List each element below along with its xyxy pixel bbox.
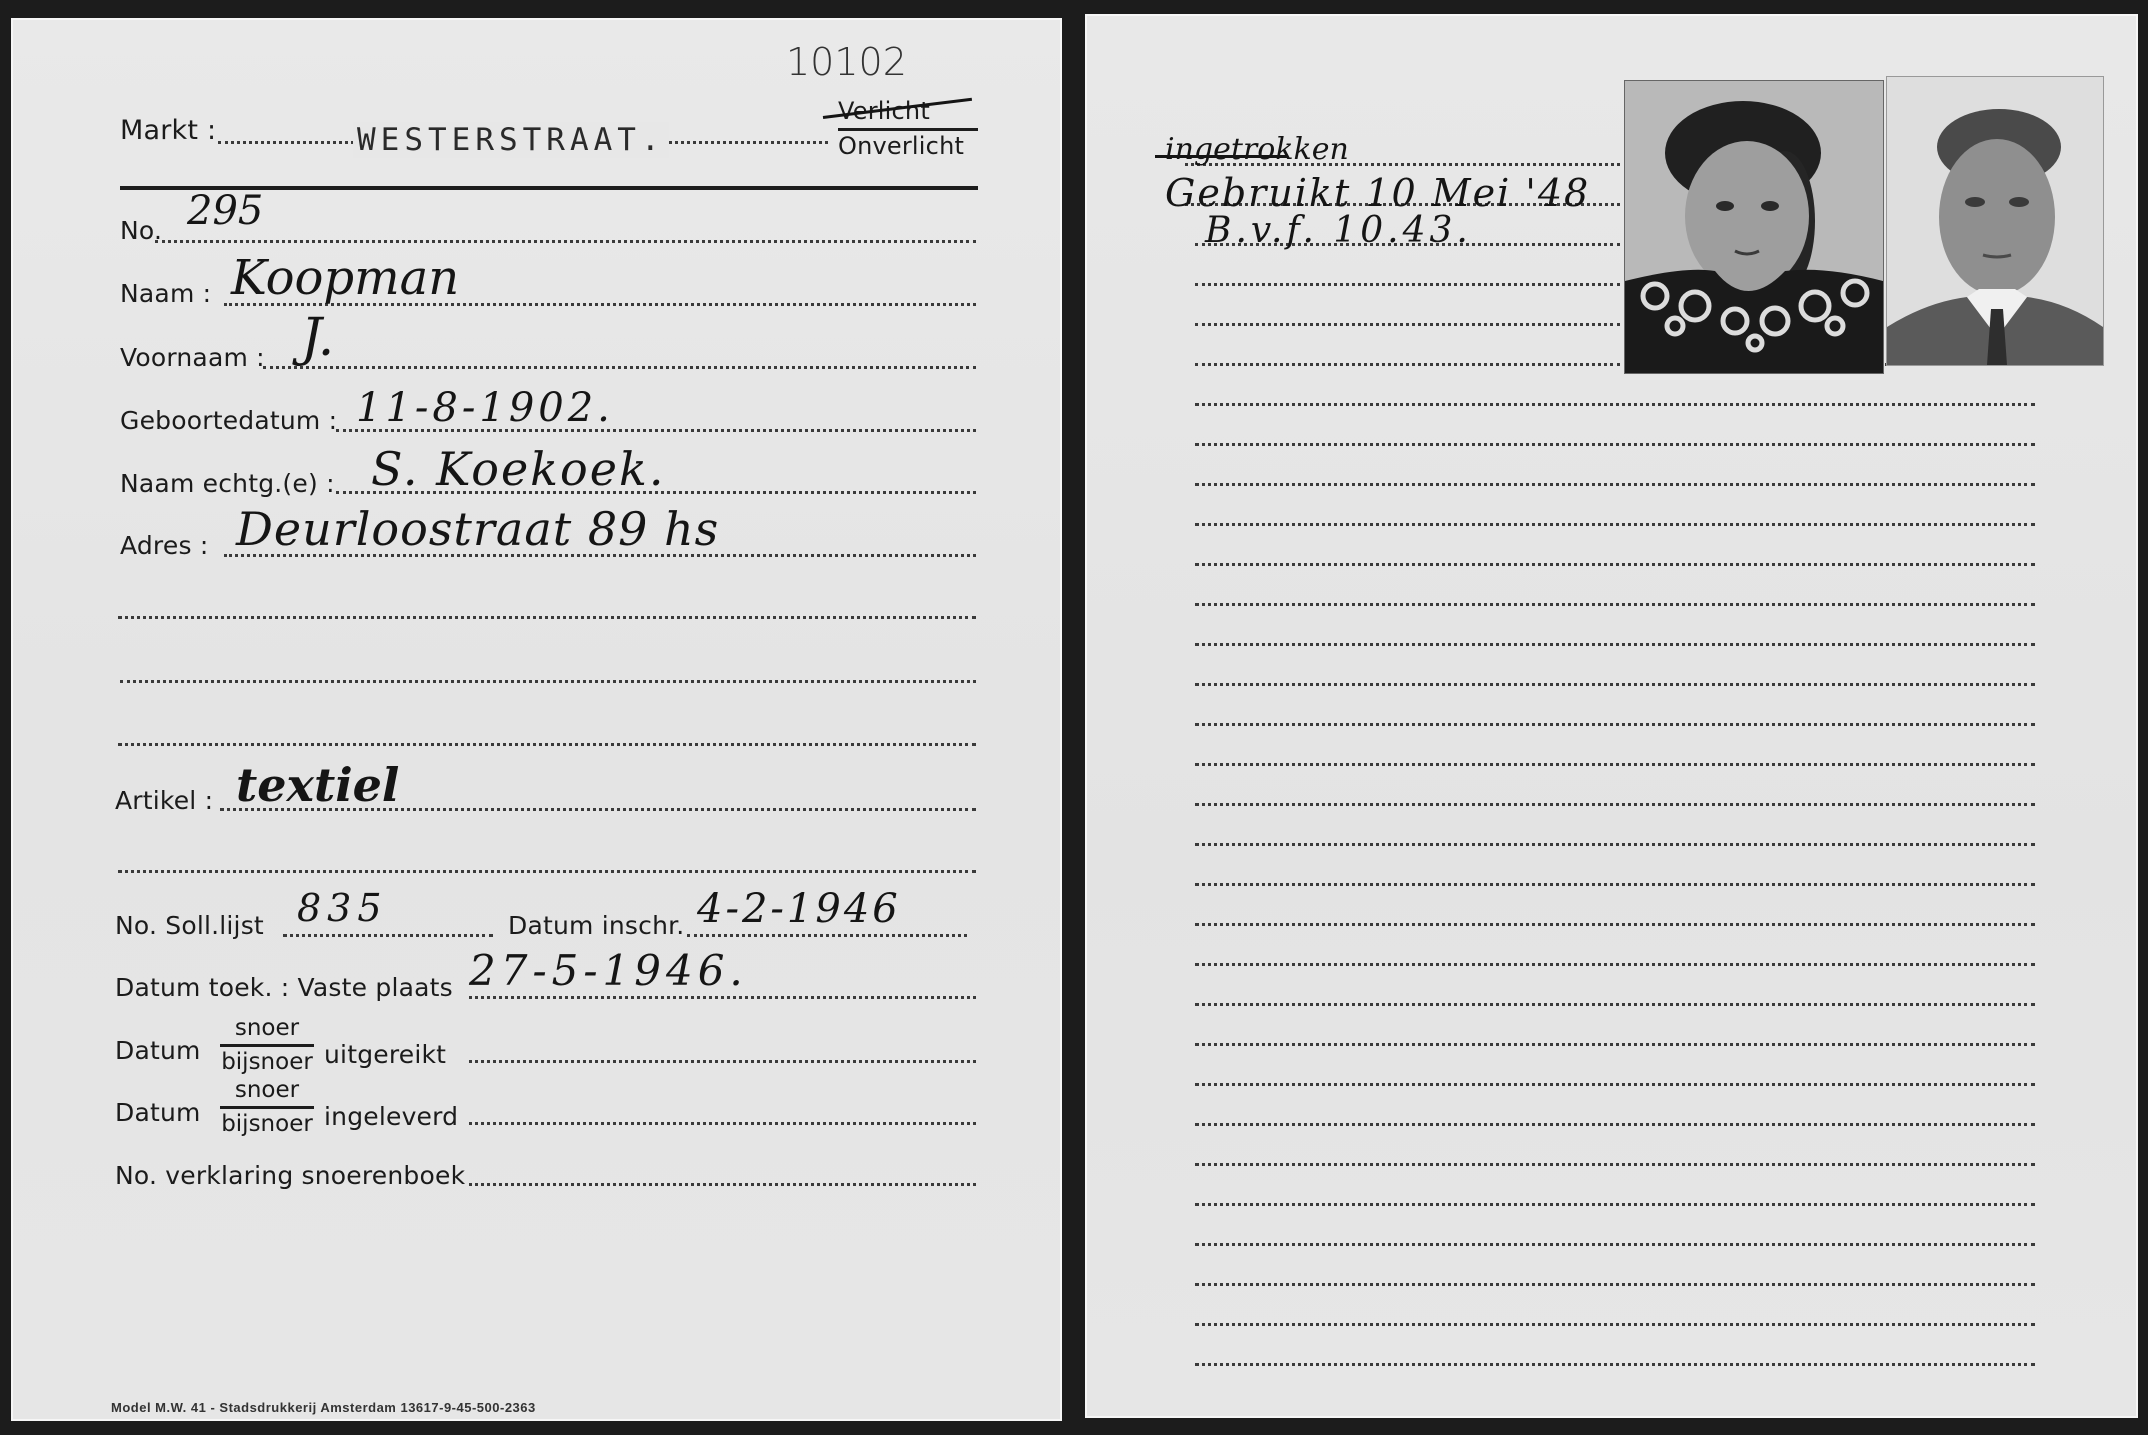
artikel-value[interactable]: textiel <box>236 758 399 812</box>
blank-line-3 <box>118 743 976 746</box>
ruled-line[interactable] <box>1195 403 2035 406</box>
ruled-line[interactable] <box>1195 1123 2035 1126</box>
blank-line-2 <box>120 680 976 683</box>
ruled-line[interactable] <box>1195 563 2035 566</box>
fraction-top: snoer <box>220 1016 314 1041</box>
fraction-bottom: bijsnoer <box>220 1050 314 1075</box>
soll-lijst-value[interactable]: 835 <box>297 886 388 930</box>
onverlicht-option: Onverlicht <box>838 132 964 160</box>
datum-uitgereikt-suffix: uitgereikt <box>324 1040 446 1069</box>
ruled-line[interactable] <box>1195 723 2035 726</box>
printer-footer: Model M.W. 41 - Stadsdrukkerij Amsterdam… <box>111 1400 536 1415</box>
ruled-line[interactable] <box>1195 443 2035 446</box>
soll-lijst-line <box>283 934 493 937</box>
blank-line-4 <box>118 870 976 873</box>
datum-uitgereikt-prefix: Datum <box>115 1036 201 1065</box>
datum-ingeleverd-suffix: ingeleverd <box>324 1102 458 1131</box>
datum-toek-line <box>469 996 976 999</box>
blank-line-1 <box>118 616 976 619</box>
voornaam-value[interactable]: J. <box>301 308 334 368</box>
soll-lijst-label: No. Soll.lijst <box>115 911 264 940</box>
fraction-bar <box>838 128 978 131</box>
ruled-line[interactable] <box>1195 963 2035 966</box>
ruled-line[interactable] <box>1195 1003 2035 1006</box>
ruled-line[interactable] <box>1195 803 2035 806</box>
ruled-line[interactable] <box>1195 283 1620 286</box>
registration-card-front: 10102 Markt : WESTERSTRAAT. Verlicht Onv… <box>11 18 1062 1421</box>
datum-uitgereikt-line[interactable] <box>469 1060 976 1063</box>
geboortedatum-label: Geboortedatum : <box>120 406 337 435</box>
naam-echtgenote-label: Naam echtg.(e) : <box>120 469 335 498</box>
fraction-bottom: bijsnoer <box>220 1112 314 1137</box>
adres-value[interactable]: Deurloostraat 89 hs <box>236 502 719 556</box>
man-portrait-photo <box>1886 76 2104 366</box>
naam-echtgenote-value[interactable]: S. Koekoek. <box>371 442 665 496</box>
woman-portrait-icon <box>1625 81 1883 373</box>
ruled-line[interactable] <box>1195 843 2035 846</box>
verklaring-label: No. verklaring snoerenboek <box>115 1161 465 1190</box>
note-struck: ingetrokken <box>1165 132 1349 167</box>
artikel-label: Artikel : <box>115 786 213 815</box>
ruled-line[interactable] <box>1195 363 1620 366</box>
ruled-line[interactable] <box>1195 763 2035 766</box>
voornaam-line <box>263 366 976 369</box>
verklaring-line[interactable] <box>469 1183 976 1186</box>
woman-portrait-photo <box>1624 80 1884 374</box>
datum-toek-value[interactable]: 27-5-1946. <box>469 946 748 995</box>
ruled-line[interactable] <box>1195 1083 2035 1086</box>
geboortedatum-value[interactable]: 11-8-1902. <box>356 385 614 431</box>
naam-value[interactable]: Koopman <box>231 250 459 306</box>
adres-label: Adres : <box>120 531 208 560</box>
ruled-line[interactable] <box>1195 1363 2035 1366</box>
voornaam-label: Voornaam : <box>120 343 265 372</box>
no-value[interactable]: 295 <box>187 188 263 234</box>
man-portrait-icon <box>1887 77 2103 365</box>
ruled-line[interactable] <box>1195 643 2035 646</box>
ruled-line[interactable] <box>1195 1323 2035 1326</box>
ruled-line[interactable] <box>1195 603 2035 606</box>
fraction-bar <box>220 1044 314 1047</box>
ruled-line[interactable] <box>1195 683 2035 686</box>
ruled-line[interactable] <box>1195 1203 2035 1206</box>
ruled-line[interactable] <box>1195 883 2035 886</box>
ruled-line[interactable] <box>1195 1163 2035 1166</box>
ruled-line[interactable] <box>1195 483 2035 486</box>
fraction-bar <box>220 1106 314 1109</box>
ruled-line[interactable] <box>1195 1283 2035 1286</box>
ruled-line[interactable] <box>1195 323 1620 326</box>
datum-ingeleverd-line[interactable] <box>469 1122 976 1125</box>
note-line-2: Gebruikt 10 Mei '48 <box>1165 171 1590 215</box>
datum-inschr-value[interactable]: 4-2-1946 <box>697 886 901 932</box>
ruled-line[interactable] <box>1195 1043 2035 1046</box>
datum-inschr-label: Datum inschr. <box>508 911 684 940</box>
snoer-bijsnoer-fraction: snoer bijsnoer <box>220 1078 314 1137</box>
ruled-line[interactable] <box>1195 923 2035 926</box>
markt-label: Markt : <box>120 115 216 146</box>
archive-number: 10102 <box>786 40 907 84</box>
datum-inschr-line <box>687 934 967 937</box>
ruled-line[interactable] <box>1195 1243 2035 1246</box>
note-line-3: B.v.f. 10.43. <box>1205 210 1472 251</box>
markt-value: WESTERSTRAAT. <box>353 122 669 158</box>
ruled-line[interactable] <box>1195 523 2035 526</box>
snoer-bijsnoer-fraction: snoer bijsnoer <box>220 1016 314 1075</box>
no-line <box>155 240 976 243</box>
registration-card-back: ingetrokken Gebruikt 10 Mei '48 B.v.f. 1… <box>1085 14 2138 1418</box>
note-strikethrough <box>1155 155 1287 158</box>
naam-label: Naam : <box>120 279 211 308</box>
datum-toek-label: Datum toek. : Vaste plaats <box>115 973 453 1002</box>
datum-ingeleverd-prefix: Datum <box>115 1098 201 1127</box>
fraction-top: snoer <box>220 1078 314 1103</box>
